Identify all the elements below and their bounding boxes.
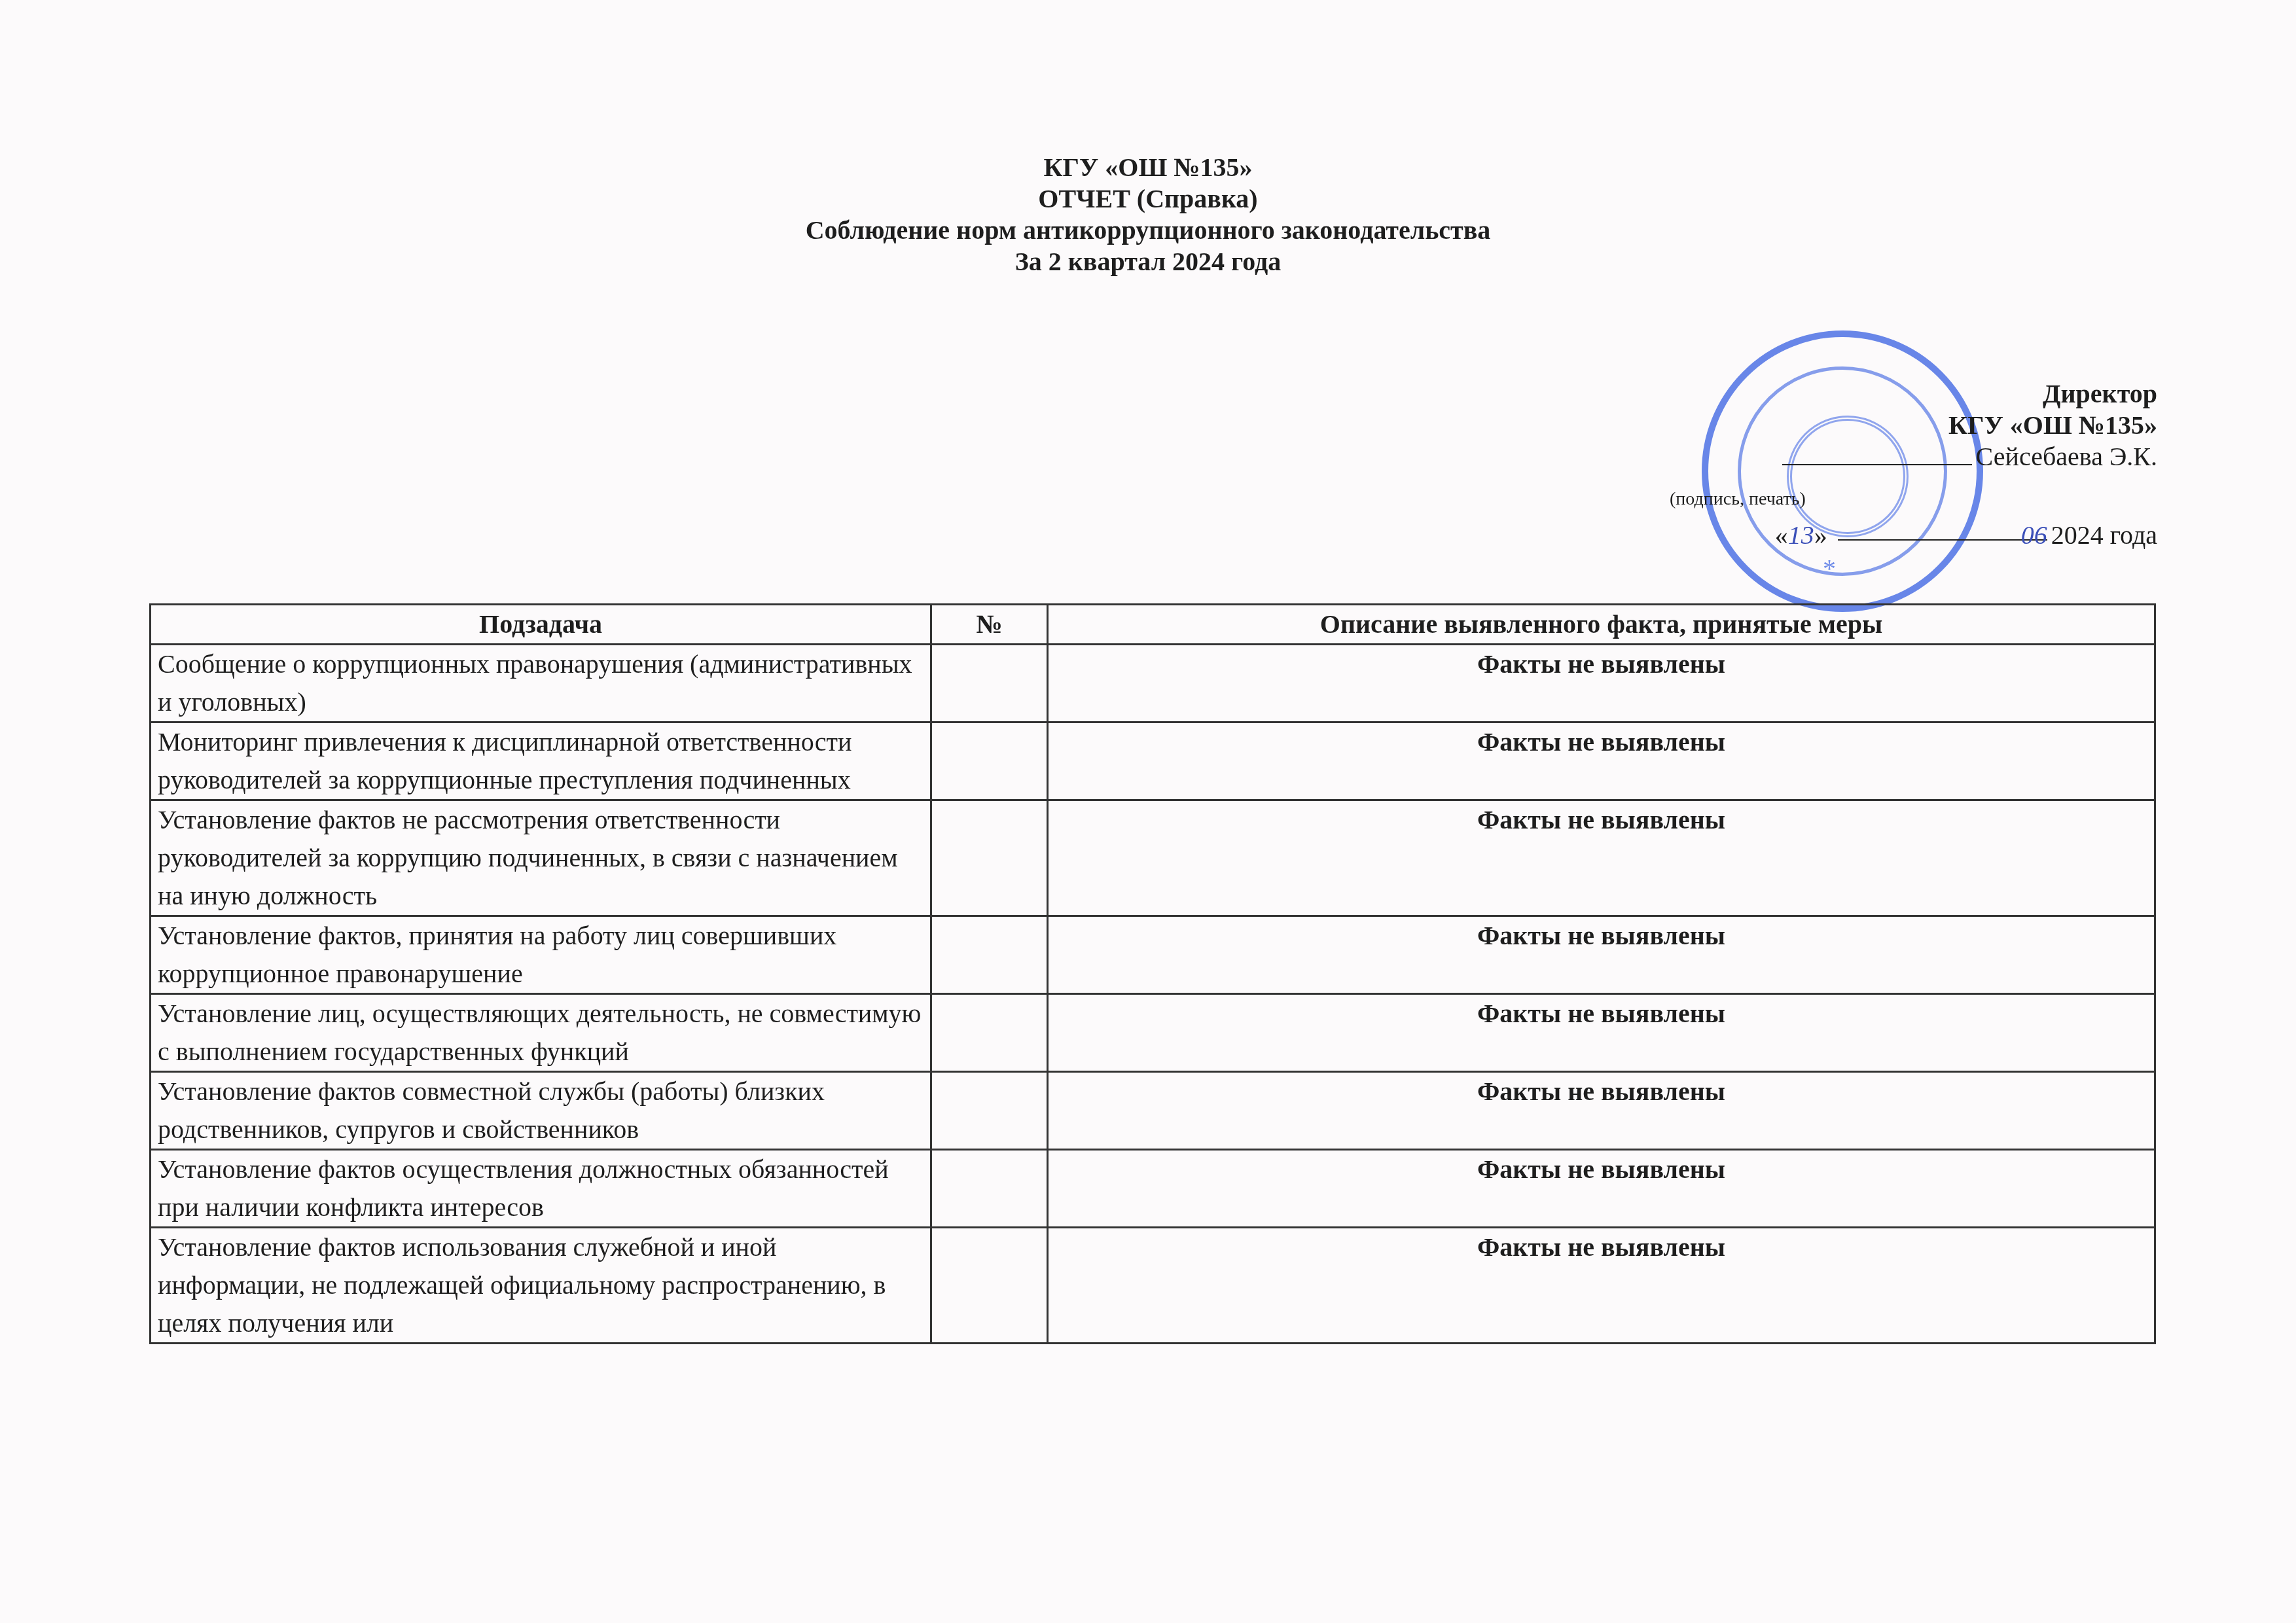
report-table: Подзадача № Описание выявленного факта, …	[149, 603, 2156, 1344]
cell-subtask: Установление фактов осуществления должно…	[151, 1150, 931, 1228]
column-header-subtask: Подзадача	[151, 605, 931, 645]
cell-description: Факты не выявлены	[1048, 994, 2155, 1072]
approval-position: Директор	[1568, 378, 2157, 410]
cell-description: Факты не выявлены	[1048, 916, 2155, 994]
approval-org: КГУ «ОШ №135»	[1568, 410, 2157, 441]
date-quote-close: »	[1814, 520, 1827, 550]
table-row: Установление фактов осуществления должно…	[151, 1150, 2155, 1228]
cell-subtask: Установление фактов использования служеб…	[151, 1228, 931, 1344]
date-month: 06	[2021, 520, 2047, 550]
cell-description: Факты не выявлены	[1048, 1228, 2155, 1344]
header-subject: Соблюдение норм антикоррупционного закон…	[0, 215, 2296, 246]
table-row: Установление лиц, осуществляющих деятель…	[151, 994, 2155, 1072]
date-year: 2024 года	[2051, 520, 2157, 550]
cell-number	[931, 1228, 1048, 1344]
cell-number	[931, 645, 1048, 722]
table-row: Установление фактов не рассмотрения отве…	[151, 800, 2155, 916]
approval-block: Директор КГУ «ОШ №135» Сейсебаева Э.К. (…	[1568, 378, 2157, 551]
date-month-field: 06	[1838, 520, 2047, 541]
date-day: 13	[1788, 520, 1814, 550]
table-row: Мониторинг привлечения к дисциплинарной …	[151, 722, 2155, 800]
cell-number	[931, 722, 1048, 800]
cell-number	[931, 800, 1048, 916]
cell-description: Факты не выявлены	[1048, 1150, 2155, 1228]
header-org: КГУ «ОШ №135»	[0, 152, 2296, 183]
header-doc-type: ОТЧЕТ (Справка)	[0, 183, 2296, 215]
cell-description: Факты не выявлены	[1048, 722, 2155, 800]
table-row: Установление фактов, принятия на работу …	[151, 916, 2155, 994]
cell-description: Факты не выявлены	[1048, 800, 2155, 916]
column-header-description: Описание выявленного факта, принятые мер…	[1048, 605, 2155, 645]
cell-subtask: Установление фактов не рассмотрения отве…	[151, 800, 931, 916]
approval-date: «13» 062024 года	[1568, 520, 2157, 551]
table-header-row: Подзадача № Описание выявленного факта, …	[151, 605, 2155, 645]
cell-description: Факты не выявлены	[1048, 1072, 2155, 1150]
cell-subtask: Мониторинг привлечения к дисциплинарной …	[151, 722, 931, 800]
table-row: Установление фактов использования служеб…	[151, 1228, 2155, 1344]
cell-subtask: Установление лиц, осуществляющих деятель…	[151, 994, 931, 1072]
cell-description: Факты не выявлены	[1048, 645, 2155, 722]
cell-subtask: Установление фактов совместной службы (р…	[151, 1072, 931, 1150]
signature-line	[1782, 444, 1972, 465]
header-period: За 2 квартал 2024 года	[0, 246, 2296, 277]
approval-signature-row: Сейсебаева Э.К.	[1568, 441, 2157, 473]
signature-caption: (подпись, печать)	[1568, 488, 2157, 510]
date-quote-open: «	[1775, 520, 1788, 550]
document-header: КГУ «ОШ №135» ОТЧЕТ (Справка) Соблюдение…	[0, 152, 2296, 277]
stamp-star-icon: *	[1823, 553, 1836, 584]
approval-name: Сейсебаева Э.К.	[1976, 442, 2157, 471]
cell-number	[931, 916, 1048, 994]
cell-number	[931, 1150, 1048, 1228]
column-header-number: №	[931, 605, 1048, 645]
cell-number	[931, 994, 1048, 1072]
cell-number	[931, 1072, 1048, 1150]
cell-subtask: Сообщение о коррупционных правонарушения…	[151, 645, 931, 722]
table-row: Сообщение о коррупционных правонарушения…	[151, 645, 2155, 722]
table-row: Установление фактов совместной службы (р…	[151, 1072, 2155, 1150]
cell-subtask: Установление фактов, принятия на работу …	[151, 916, 931, 994]
